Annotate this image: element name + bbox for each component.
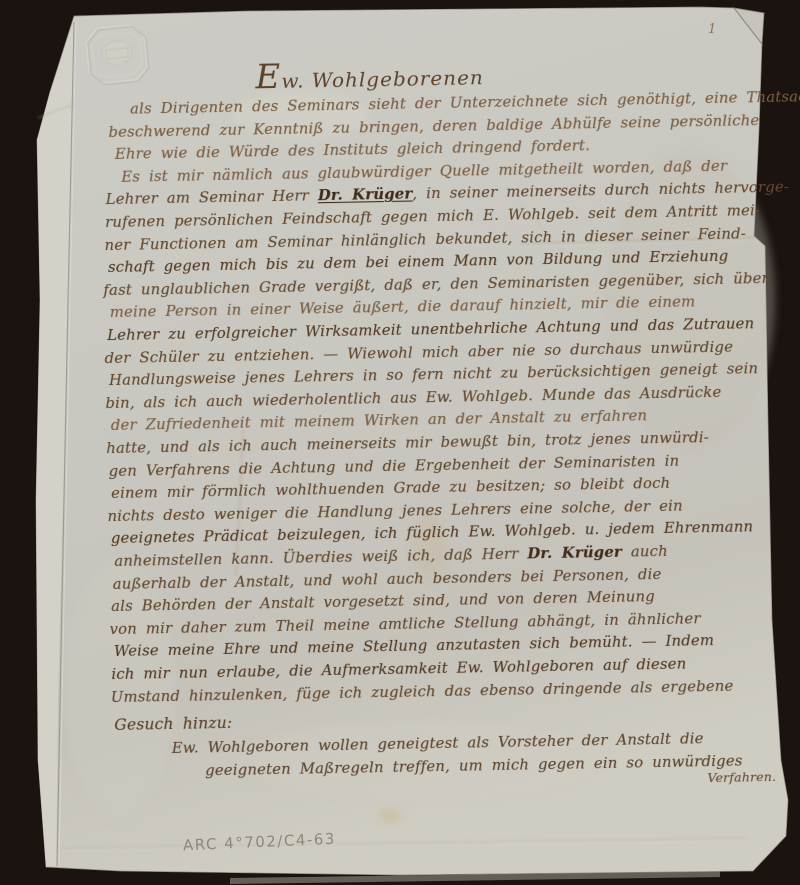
paper-artwork <box>0 0 800 885</box>
scanned-letter-page: Ew. Wohlgeborenen als Dirigenten des Sem… <box>0 0 800 885</box>
page-number: 1 <box>708 22 716 37</box>
